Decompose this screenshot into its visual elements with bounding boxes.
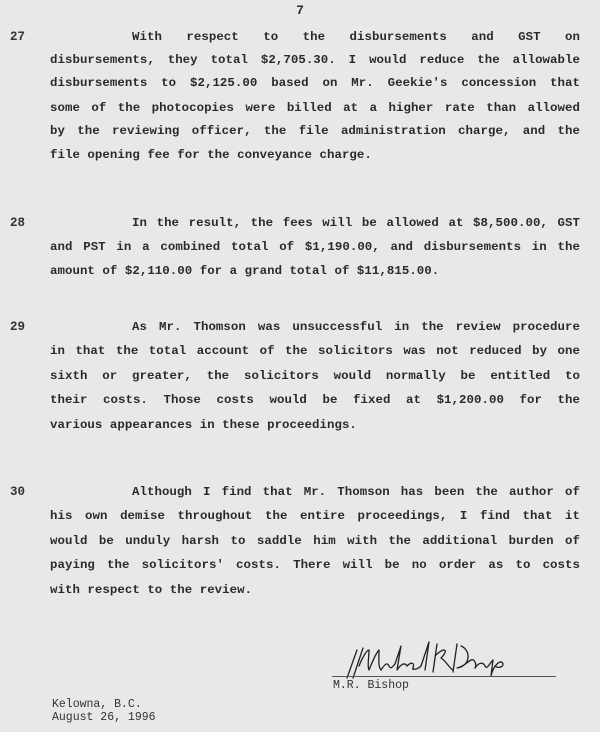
paragraph-line: disbursements, they total $2,705.30. I w…: [50, 53, 580, 67]
signature-line: [332, 676, 556, 677]
paragraph-line: with respect to the review.: [50, 583, 580, 597]
paragraph-number: 29: [10, 320, 25, 334]
paragraph-line: sixth or greater, the solicitors would n…: [50, 369, 580, 383]
paragraph-line: disbursements to $2,125.00 based on Mr. …: [50, 76, 580, 90]
paragraph-line: various appearances in these proceedings…: [50, 418, 580, 432]
paragraph-line: their costs. Those costs would be fixed …: [50, 393, 580, 407]
paragraph-number: 27: [10, 30, 25, 44]
paragraph-line: Although I find that Mr. Thomson has bee…: [132, 485, 580, 499]
paragraph-line: In the result, the fees will be allowed …: [132, 216, 580, 230]
page-number: 7: [0, 3, 600, 18]
paragraph-line: would be unduly harsh to saddle him with…: [50, 534, 580, 548]
paragraph-line: and PST in a combined total of $1,190.00…: [50, 240, 580, 254]
paragraph-line: in that the total account of the solicit…: [50, 344, 580, 358]
paragraph-line: by the reviewing officer, the file admin…: [50, 124, 580, 138]
paragraph-line: With respect to the disbursements and GS…: [132, 30, 580, 44]
handwritten-signature-icon: [345, 636, 515, 680]
paragraph-line: As Mr. Thomson was unsuccessful in the r…: [132, 320, 580, 334]
paragraph-line: his own demise throughout the entire pro…: [50, 509, 580, 523]
date: August 26, 1996: [52, 711, 156, 724]
paragraph-number: 28: [10, 216, 25, 230]
place: Kelowna, B.C.: [52, 698, 142, 711]
paragraph-line: paying the solicitors' costs. There will…: [50, 558, 580, 572]
paragraph-line: amount of $2,110.00 for a grand total of…: [50, 264, 580, 278]
paragraph-line: some of the photocopies were billed at a…: [50, 101, 580, 115]
signer-name: M.R. Bishop: [333, 679, 409, 692]
paragraph-line: file opening fee for the conveyance char…: [50, 148, 580, 162]
paragraph-number: 30: [10, 485, 25, 499]
